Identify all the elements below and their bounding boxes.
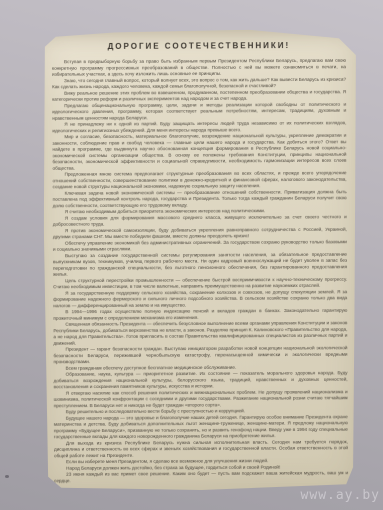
photo-background: ДОРОГИЕ СООТЕЧЕСТВЕННИКИ! Вступая в пред…: [0, 0, 383, 510]
document-paper: ДОРОГИЕ СООТЕЧЕСТВЕННИКИ! Вступая в пред…: [39, 27, 359, 493]
background-speck: [5, 475, 9, 478]
document-paragraph: Мир и согласие, безопасность, материальн…: [52, 132, 346, 171]
document-title: ДОРОГИЕ СООТЕЧЕСТВЕННИКИ!: [52, 41, 346, 52]
document-paragraph: Президент — гарант безопасности граждан.…: [53, 345, 347, 365]
document-paragraph: Цель структурной перестройки промышленно…: [53, 276, 347, 290]
document-paragraph: Будущее нашего народа — это здоровье и б…: [54, 413, 348, 440]
document-paragraph: Образование, наука, культура — приоритет…: [54, 370, 348, 390]
document-paragraph: Священная обязанность Президента — обесп…: [53, 320, 347, 347]
document-paragraph: Ключевая задача новой экономической сист…: [53, 188, 347, 208]
document-paragraph: Предложенная мною система предполагает с…: [53, 170, 347, 190]
document-paragraph: Для выхода из кризиса Республике Беларус…: [54, 438, 348, 458]
document-content: ДОРОГИЕ СООТЕЧЕСТВЕННИКИ! Вступая в пред…: [52, 27, 348, 495]
document-paragraph: Вступая в предвыборную борьбу за право б…: [52, 57, 346, 77]
document-paragraph: Предлагаю общенациональную программу, це…: [52, 101, 346, 121]
watermark: www.ay.by: [301, 488, 380, 503]
document-paragraph: 23 июня каждый из вас примет свое решени…: [54, 470, 348, 484]
document-paragraph: Я за государственную поддержку сельского…: [53, 288, 347, 308]
document-paragraph: Выступаю за создание государственной сис…: [53, 251, 347, 278]
document-paragraph: Я отвергаю насилие как способ решения по…: [54, 388, 348, 408]
